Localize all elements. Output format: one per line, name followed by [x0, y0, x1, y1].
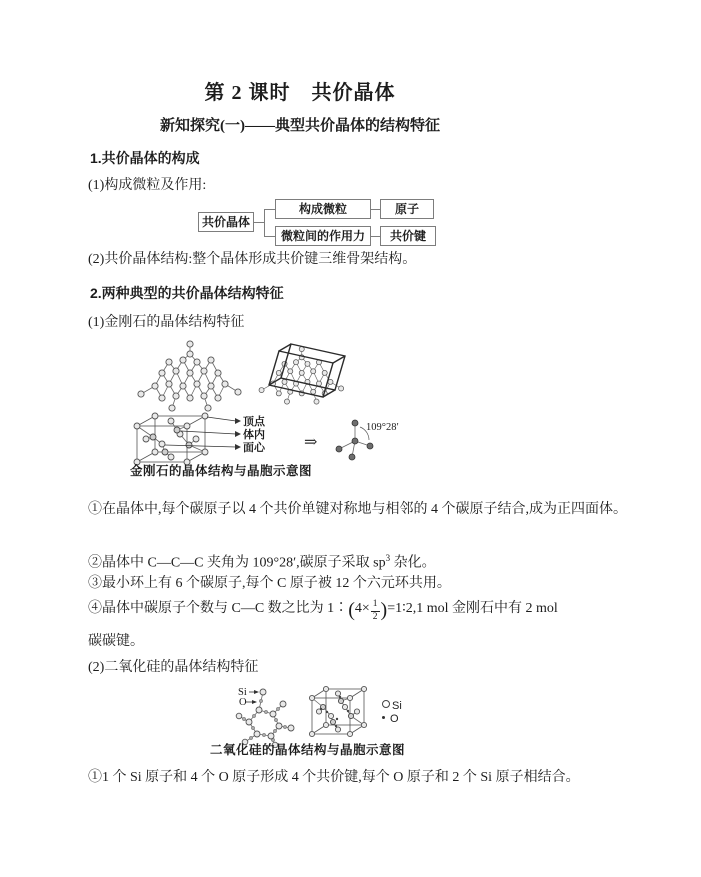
section-2-sub-2: (2)二氧化硅的晶体结构特征: [88, 658, 258, 678]
legend-si-label: Si: [392, 700, 402, 712]
vertex-label: 顶点: [243, 414, 266, 428]
connector-line: [371, 236, 380, 237]
implies-arrow-icon: ⇒: [304, 434, 317, 451]
silica-figure-caption: 二氧化硅的晶体结构与晶胞示意图: [210, 740, 405, 758]
face-center-label: 面心: [243, 440, 266, 454]
flowchart-box-particles: 构成微粒: [275, 199, 371, 219]
flowchart-box-covalent-bond: 共价键: [380, 226, 436, 246]
bonds: [239, 692, 291, 745]
legend-si-row: Si: [382, 700, 402, 713]
o-arrow-icon: [252, 700, 257, 704]
legend-o-row: O: [382, 713, 402, 726]
body-label: 体内: [243, 427, 265, 441]
fraction-denominator: 2: [371, 612, 380, 623]
connector-line: [264, 236, 275, 237]
fraction-one-half: 12: [371, 600, 380, 623]
connector-line: [371, 209, 380, 210]
fraction-numerator: 1: [371, 600, 380, 612]
point-4-text: ④晶体中碳原子个数与 C—C 数之比为 1∶: [88, 601, 348, 616]
document-page: 第 2 课时 共价晶体 新知探究(一)——典型共价晶体的结构特征 1.共价晶体的…: [0, 0, 701, 877]
connector-line: [254, 222, 264, 223]
flowchart-box-atom: 原子: [380, 199, 434, 219]
flowchart-box-force: 微粒间的作用力: [275, 226, 371, 246]
diamond-figure-caption: 金刚石的晶体结构与晶胞示意图: [130, 461, 312, 479]
diamond-lattice-model: [138, 341, 241, 411]
connector-line: [264, 209, 265, 237]
silica-legend: Si O: [382, 700, 402, 726]
silica-network-figure: Si O: [232, 684, 306, 748]
point-2-text: ②晶体中 C—C—C 夹角为 109°28′,碳原子采取 sp: [88, 556, 386, 571]
factor-text: 4×: [355, 601, 370, 616]
diamond-structure-figure: [133, 339, 348, 415]
diamond-point-1: ①在晶体中,每个碳原子以 4 个共价单键对称地与相邻的 4 个碳原子结合,成为正…: [88, 495, 628, 525]
diamond-point-2: ②晶体中 C—C—C 夹角为 109°28′,碳原子采取 sp3 杂化。: [88, 548, 436, 574]
section-1-item-2: (2)共价晶体结构:整个晶体形成共价键三维骨架结构。: [88, 250, 416, 270]
page-subtitle: 新知探究(一)——典型共价晶体的结构特征: [0, 114, 600, 135]
arrowheads: [235, 418, 241, 450]
covalent-crystal-flowchart: 共价晶体 构成微粒 原子 微粒间的作用力 共价键: [198, 199, 436, 246]
connector-line: [264, 209, 275, 210]
point-2-tail: 杂化。: [390, 556, 436, 571]
left-paren: (: [348, 599, 355, 621]
bond-angle-value: 109°28′: [366, 422, 399, 433]
silica-unit-cell-figure: [306, 684, 368, 742]
diamond-unit-cell-figure: 顶点 体内 面心 ⇒ 109°28′: [128, 410, 418, 466]
diamond-point-3: ③最小环上有 6 个碳原子,每个 C 原子被 12 个六元环共用。: [88, 574, 451, 594]
o-marker-icon: [382, 716, 385, 719]
si-marker-icon: [382, 700, 390, 708]
unit-cell-cube: [134, 413, 208, 465]
legend-o-label: O: [390, 713, 399, 725]
o-atom-label: O: [239, 697, 247, 708]
section-2-sub-1: (1)金刚石的晶体结构特征: [88, 313, 244, 333]
section-1-heading: 1.共价晶体的构成: [90, 148, 200, 168]
flowchart-root-box: 共价晶体: [198, 212, 254, 232]
section-2-heading: 2.两种典型的共价晶体结构特征: [90, 283, 284, 303]
si-arrow-icon: [254, 690, 259, 694]
silica-point-1: ①1 个 Si 原子和 4 个 O 原子形成 4 个共价键,每个 O 原子和 2…: [88, 768, 633, 788]
atoms: [138, 341, 241, 411]
diamond-point-4: ④晶体中碳原子个数与 C—C 数之比为 1∶(4×12)=1∶2,1 mol 金…: [88, 599, 558, 623]
section-1-item-1: (1)构成微粒及作用:: [88, 176, 206, 196]
diamond-point-4-line-2: 碳碳键。: [88, 632, 144, 652]
page-title: 第 2 课时 共价晶体: [0, 76, 600, 105]
point-4-tail: =1∶2,1 mol 金刚石中有 2 mol: [387, 601, 558, 616]
